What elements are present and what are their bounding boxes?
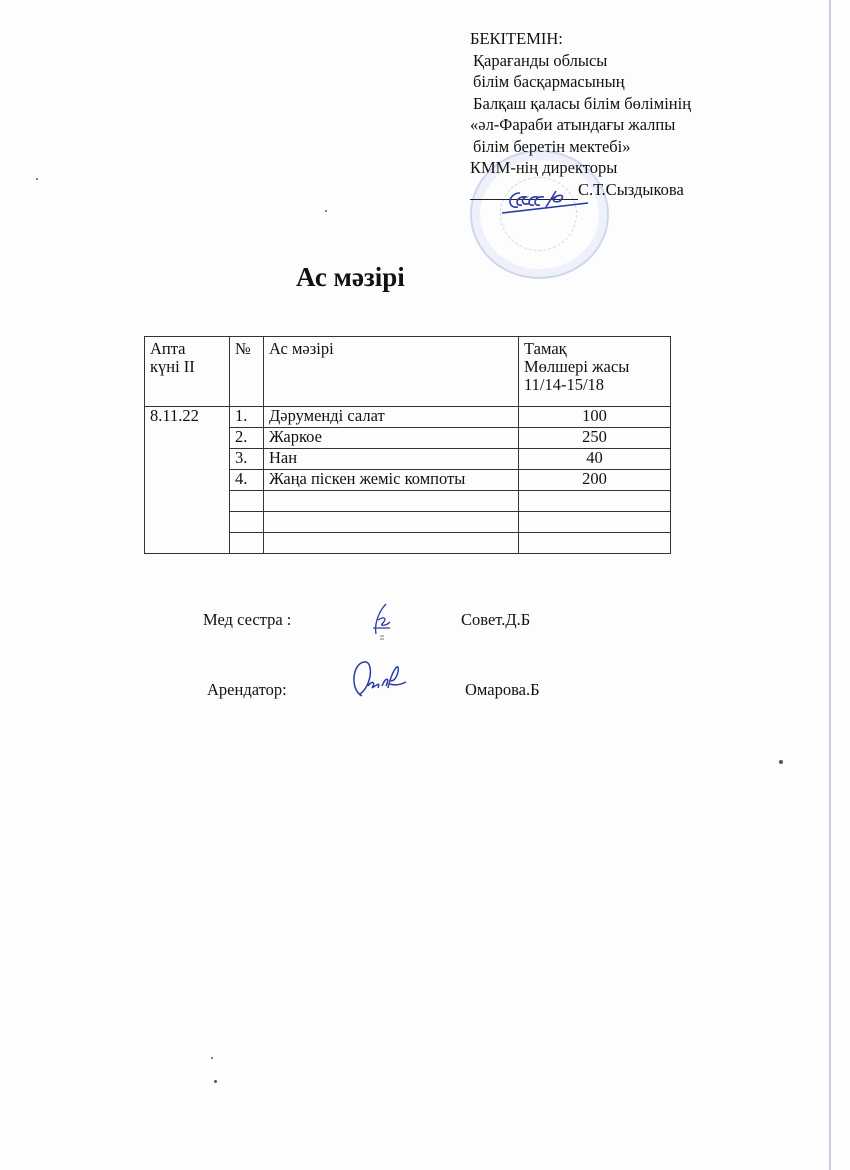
- row-qty: [519, 533, 671, 554]
- approval-line: білім басқармасының: [470, 71, 691, 93]
- row-dish: [264, 512, 519, 533]
- date-cell: 8.11.22: [145, 407, 230, 554]
- approval-line: Қарағанды облысы: [470, 50, 691, 72]
- nurse-name: Совет.Д.Б: [461, 610, 530, 630]
- row-number: 1.: [230, 407, 264, 428]
- approval-block: БЕКІТЕМІН: Қарағанды облысы білім басқар…: [470, 28, 691, 200]
- scanned-page-edge: [829, 0, 831, 1170]
- row-number: [230, 491, 264, 512]
- header-dish: Ас мәзірі: [264, 337, 519, 407]
- table-header-row: Апта күні ІІ № Ас мәзірі Тамақ Мөлшері ж…: [145, 337, 671, 407]
- header-number: №: [230, 337, 264, 407]
- row-dish: Жаңа піскен жеміс компоты: [264, 470, 519, 491]
- approval-line: Балқаш қаласы білім бөлімінің: [470, 93, 691, 115]
- tenant-signature-icon: [348, 656, 408, 702]
- row-dish: Жаркое: [264, 428, 519, 449]
- scan-speck: [211, 1057, 213, 1059]
- row-number: [230, 533, 264, 554]
- scan-speck: [779, 760, 783, 764]
- menu-table: Апта күні ІІ № Ас мәзірі Тамақ Мөлшері ж…: [144, 336, 671, 554]
- approval-line: «әл-Фараби атындағы жалпы: [470, 114, 691, 136]
- header-day: Апта күні ІІ: [145, 337, 230, 407]
- director-signature-icon: [500, 185, 590, 215]
- scan-speck: [36, 178, 38, 180]
- approval-heading: БЕКІТЕМІН:: [470, 28, 691, 50]
- row-qty: 200: [519, 470, 671, 491]
- row-qty: 100: [519, 407, 671, 428]
- row-qty: 250: [519, 428, 671, 449]
- tenant-name: Омарова.Б: [465, 680, 540, 700]
- approval-line: білім беретін мектебі»: [470, 136, 691, 158]
- row-number: 3.: [230, 449, 264, 470]
- tenant-label: Арендатор:: [207, 680, 287, 700]
- row-number: 2.: [230, 428, 264, 449]
- row-qty: 40: [519, 449, 671, 470]
- scan-speck: [214, 1080, 217, 1083]
- scan-speck: [325, 210, 327, 212]
- row-dish: Нан: [264, 449, 519, 470]
- approval-line: КММ-нің директоры: [470, 157, 691, 179]
- header-quantity: Тамақ Мөлшері жасы 11/14-15/18: [519, 337, 671, 407]
- row-dish: [264, 533, 519, 554]
- table-row: 8.11.22 1. Дәруменді салат 100: [145, 407, 671, 428]
- row-qty: [519, 491, 671, 512]
- nurse-label: Мед сестра :: [203, 610, 291, 630]
- row-qty: [519, 512, 671, 533]
- page-title: Ас мәзірі: [296, 262, 405, 293]
- director-name: С.Т.Сыздыкова: [578, 180, 684, 199]
- row-dish: [264, 491, 519, 512]
- nurse-signature-icon: [370, 600, 394, 640]
- row-number: [230, 512, 264, 533]
- row-number: 4.: [230, 470, 264, 491]
- row-dish: Дәруменді салат: [264, 407, 519, 428]
